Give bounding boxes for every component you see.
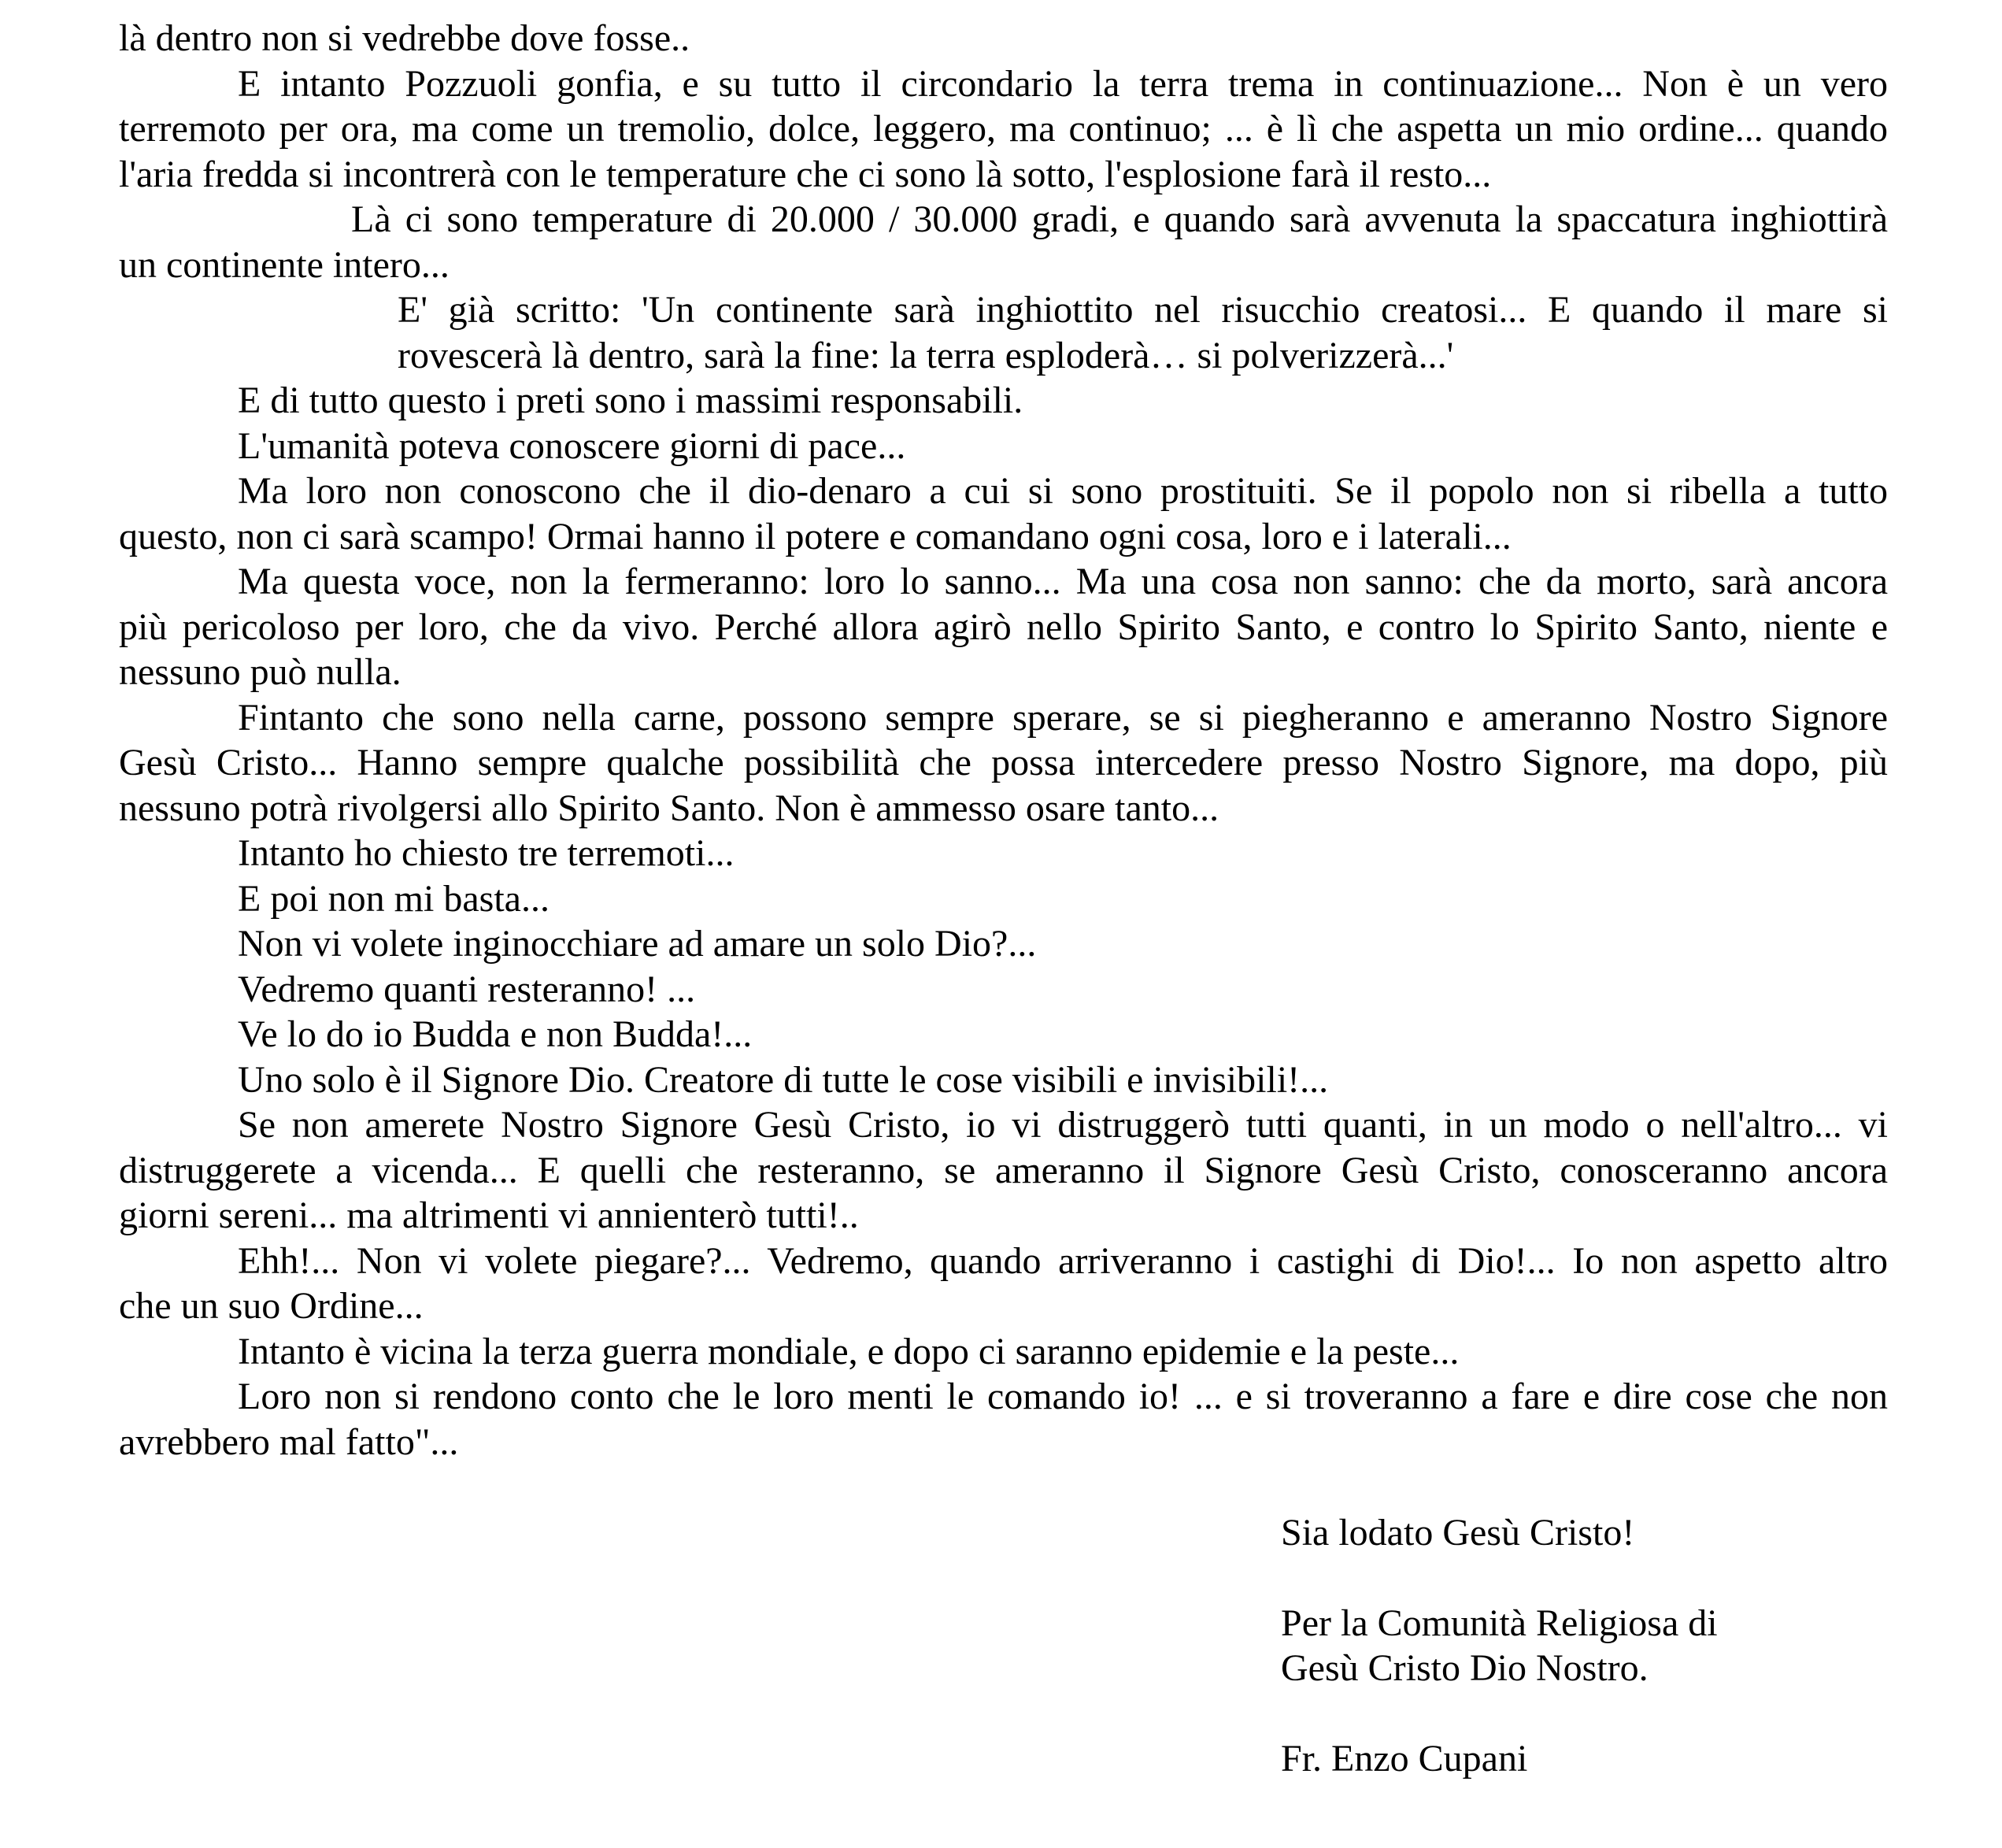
body-line: Se non amerete Nostro Signore Gesù Crist… (238, 1102, 1888, 1148)
document-page: là dentro non si vedrebbe dove fosse.. E… (0, 0, 2002, 1848)
body-line: nessuno potrà rivolgersi allo Spirito Sa… (119, 786, 1219, 831)
body-line: un continente intero... (119, 243, 450, 288)
body-line: questo, non ci sarà scampo! Ormai hanno … (119, 514, 1512, 560)
body-line: Loro non si rendono conto che le loro me… (238, 1374, 1888, 1420)
body-line: Fintanto che sono nella carne, possono s… (238, 695, 1888, 741)
body-line: Ma loro non conoscono che il dio-denaro … (238, 468, 1888, 514)
body-line: giorni sereni... ma altrimenti vi annien… (119, 1193, 859, 1239)
body-line: terremoto per ora, ma come un tremolio, … (119, 106, 1888, 152)
signature: Fr. Enzo Cupani (1281, 1736, 1527, 1782)
body-line: là dentro non si vedrebbe dove fosse.. (119, 16, 690, 61)
body-line: Non vi volete inginocchiare ad amare un … (238, 921, 1036, 967)
body-line: L'umanità poteva conoscere giorni di pac… (238, 424, 905, 469)
quoted-line: E' già scritto: 'Un continente sarà ingh… (398, 287, 1888, 333)
body-line: Ve lo do io Budda e non Budda!... (238, 1012, 752, 1057)
body-line: Intanto ho chiesto tre terremoti... (238, 831, 734, 876)
body-line: Uno solo è il Signore Dio. Creatore di t… (238, 1057, 1328, 1103)
quoted-line: rovescerà là dentro, sarà la fine: la te… (398, 333, 1453, 379)
body-line: più pericoloso per loro, che da vivo. Pe… (119, 605, 1888, 650)
salutation: Sia lodato Gesù Cristo! (1281, 1510, 1634, 1556)
body-line: E di tutto questo i preti sono i massimi… (238, 378, 1023, 424)
body-line: avrebbero mal fatto"... (119, 1420, 458, 1465)
community-name-line2: Gesù Cristo Dio Nostro. (1281, 1646, 1649, 1691)
community-name-line1: Per la Comunità Religiosa di (1281, 1601, 1718, 1646)
body-line: Vedremo quanti resteranno! ... (238, 967, 695, 1013)
body-line: Ehh!... Non vi volete piegare?... Vedrem… (238, 1239, 1888, 1284)
body-line: E intanto Pozzuoli gonfia, e su tutto il… (238, 61, 1888, 107)
body-line: Là ci sono temperature di 20.000 / 30.00… (351, 197, 1888, 243)
body-line: Intanto è vicina la terza guerra mondial… (238, 1329, 1459, 1375)
body-line: Ma questa voce, non la fermeranno: loro … (238, 559, 1888, 605)
body-line: Gesù Cristo... Hanno sempre qualche poss… (119, 740, 1888, 786)
body-line: distruggerete a vicenda... E quelli che … (119, 1148, 1888, 1194)
body-line: l'aria fredda si incontrerà con le tempe… (119, 152, 1491, 198)
body-line: nessuno può nulla. (119, 650, 402, 695)
body-line: che un suo Ordine... (119, 1283, 424, 1329)
body-line: E poi non mi basta... (238, 876, 550, 922)
